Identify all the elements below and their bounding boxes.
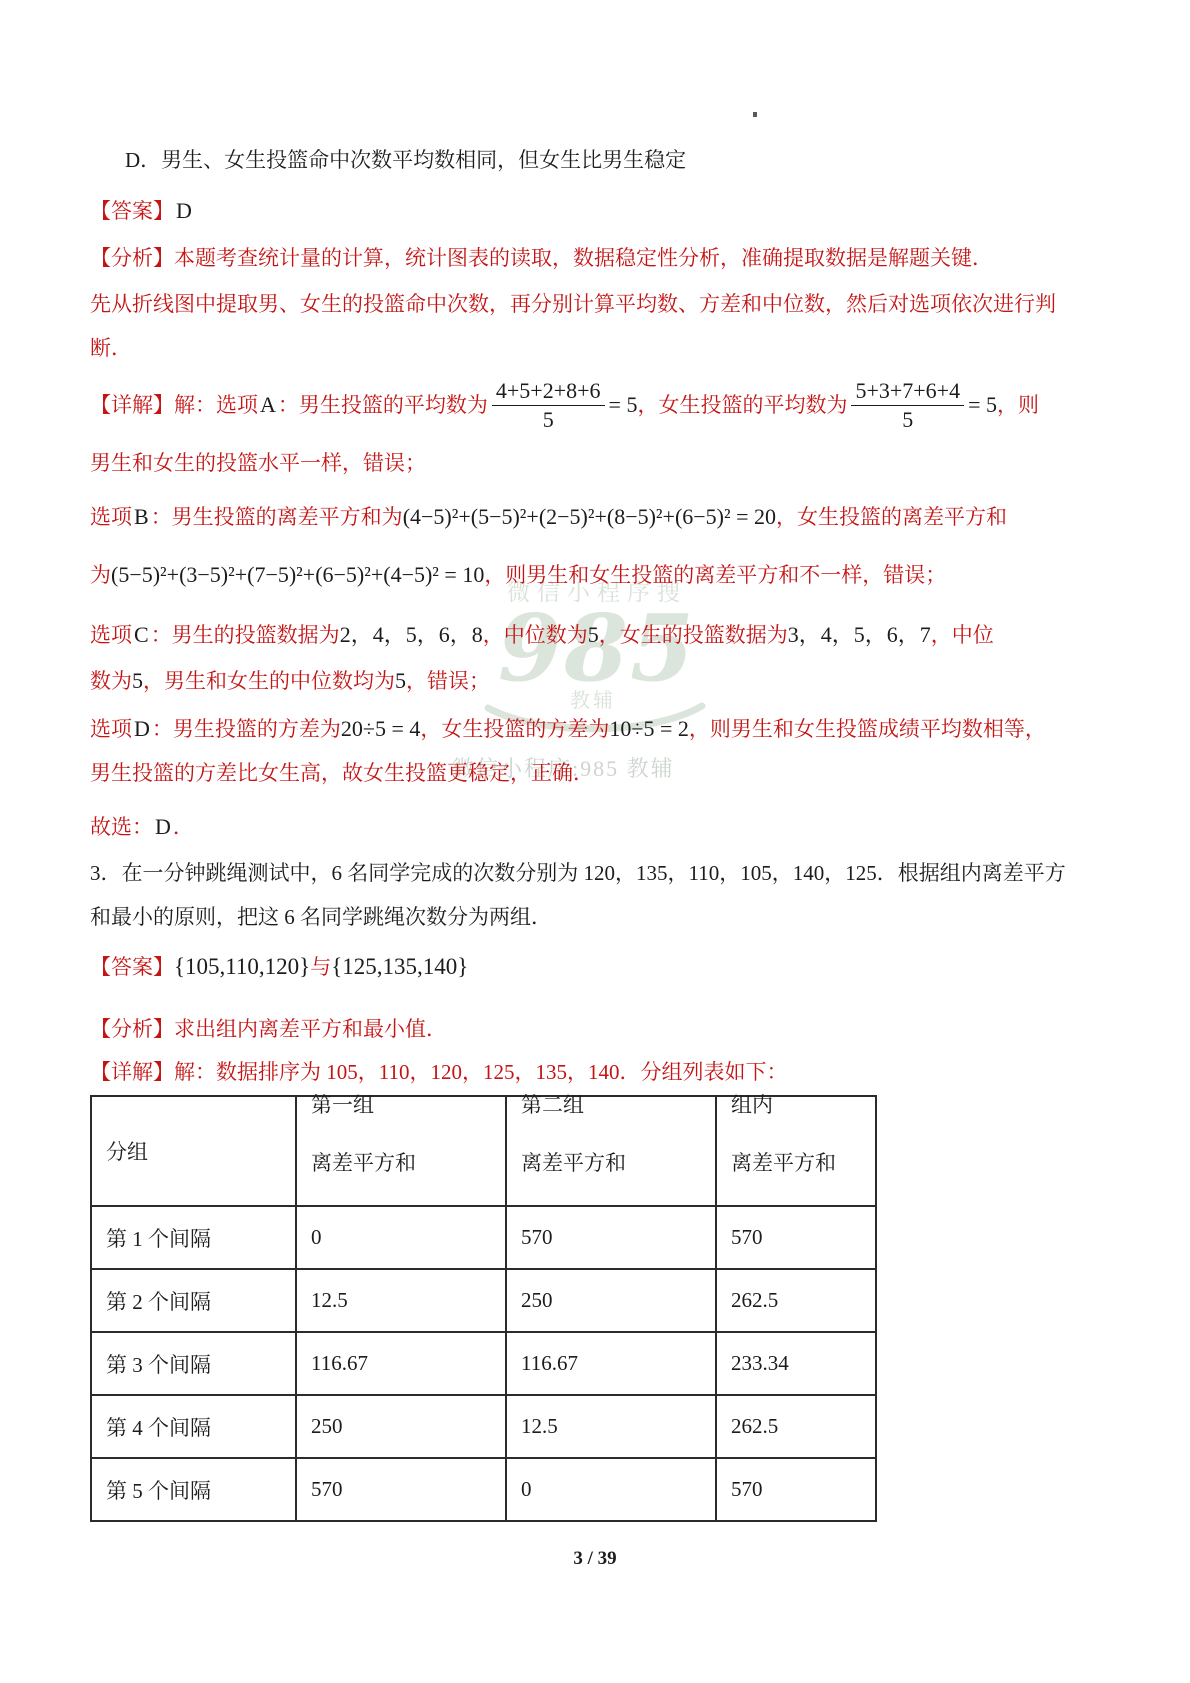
q2-answer-line: 【答案】D — [90, 196, 194, 226]
option-a-letter: A — [258, 390, 278, 420]
detail-intro: 解：选项 — [174, 390, 258, 420]
q3-analysis-label: 【分析】 — [90, 1017, 174, 1041]
detail-b3: 为 — [90, 563, 111, 587]
q3-answer-set2: {125,135,140} — [331, 954, 468, 979]
q3-analysis-text: 求出组内离差平方和最小值． — [174, 1017, 447, 1041]
row-total: 570 — [716, 1458, 876, 1521]
row-total: 233.34 — [716, 1332, 876, 1395]
document-page: 微信小程序搜 985 教辅 微信小程序:985 教辅 D．男生、女生投篮命中次数… — [0, 0, 1190, 1683]
q3-detail-text: 解：数据排序为 105，110，120，125，135，140．分组列表如下： — [174, 1060, 787, 1084]
common-median: 5 — [395, 668, 406, 693]
q3-detail-label: 【详解】 — [90, 1060, 174, 1084]
opt-c-prefix: 选项 — [90, 623, 132, 647]
q3-detail-line: 【详解】解：数据排序为 105，110，120，125，135，140．分组列表… — [90, 1057, 787, 1087]
fraction-numerator: 5+3+7+6+4 — [851, 378, 964, 406]
q2-detail-line-d1: 选项D：男生投篮的方差为20÷5 = 4，女生投篮的方差为10÷5 = 2，则男… — [90, 714, 1046, 744]
fraction-boys-mean: 4+5+2+8+65 — [492, 378, 605, 433]
conclusion-value: D — [153, 814, 173, 839]
q3-stem-line2: 和最小的原则，把这 6 名同学跳绳次数分为两组． — [90, 902, 552, 932]
boys-median: 5 — [588, 622, 599, 647]
scan-speck — [753, 112, 757, 117]
header-group2-title: 第二组 — [521, 1093, 715, 1117]
header-total-subtitle: 离差平方和 — [731, 1151, 875, 1175]
table-row: 第 4 个间隔 250 12.5 262.5 — [91, 1395, 876, 1458]
fraction-girls-mean: 5+3+7+6+45 — [851, 378, 964, 433]
q2-detail-line-a: 【详解】解：选项A：男生投篮的平均数为 4+5+2+8+65 = 5，女生投篮的… — [90, 372, 1039, 438]
row-total: 262.5 — [716, 1269, 876, 1332]
q2-detail-line-c2: 数为5，男生和女生的中位数均为5，错误； — [90, 666, 490, 696]
fraction-denominator: 5 — [902, 406, 913, 433]
grouping-table: 分组 第一组 离差平方和 第二组 离差平方和 组内 离差平方和 第 1 个间隔 … — [90, 1095, 877, 1522]
conclusion-label: 故选： — [90, 815, 153, 839]
formula-boys-ss: (4−5)²+(5−5)²+(2−5)²+(8−5)²+(6−5)² = 20 — [403, 504, 776, 529]
girls-variance-formula: 10÷5 = 2 — [609, 716, 688, 741]
girls-median: 5 — [132, 668, 143, 693]
q2-detail-line-c1: 选项C：男生的投篮数据为2，4，5，6，8，中位数为5，女生的投篮数据为3，4，… — [90, 620, 994, 650]
q3-answer-set1: {105,110,120} — [174, 954, 310, 979]
boys-data-list: 2，4，5，6，8 — [340, 622, 483, 647]
row-label: 第 3 个间隔 — [91, 1332, 296, 1395]
row-g1: 116.67 — [296, 1332, 506, 1395]
row-g2: 0 — [506, 1458, 716, 1521]
header-group2-ss: 第二组 离差平方和 — [506, 1096, 716, 1206]
analysis-text1: 本题考查统计量的计算，统计图表的读取，数据稳定性分析，准确提取数据是解题关键． — [174, 246, 993, 270]
q3-stem-line1: 3．在一分钟跳绳测试中，6 名同学完成的次数分别为 120，135，110，10… — [90, 858, 1066, 888]
detail-c1: ：男生的投篮数据为 — [151, 623, 340, 647]
header-group: 分组 — [91, 1096, 296, 1206]
analysis-label: 【分析】 — [90, 246, 174, 270]
girls-data-list: 3，4，5，6，7 — [788, 622, 931, 647]
detail-b4: ，则男生和女生投篮的离差平方和不一样，错误； — [484, 563, 946, 587]
header-group2-subtitle: 离差平方和 — [521, 1151, 715, 1175]
q2-detail-line-b1: 选项B：男生投篮的离差平方和为(4−5)²+(5−5)²+(2−5)²+(8−5… — [90, 502, 1007, 532]
q2-analysis-line3: 断． — [90, 333, 132, 363]
row-label: 第 2 个间隔 — [91, 1269, 296, 1332]
table-row: 第 1 个间隔 0 570 570 — [91, 1206, 876, 1269]
q3-answer-label: 【答案】 — [90, 955, 174, 979]
opt-d-prefix: 选项 — [90, 717, 132, 741]
formula-girls-ss: (5−5)²+(3−5)²+(7−5)²+(6−5)²+(4−5)² = 10 — [111, 562, 484, 587]
row-g2: 250 — [506, 1269, 716, 1332]
frac2-equals: = 5 — [968, 390, 997, 420]
header-total-ss: 组内 离差平方和 — [716, 1096, 876, 1206]
option-d-letter: D — [132, 716, 152, 741]
frac1-equals: = 5 — [609, 390, 638, 420]
detail-c6: ，男生和女生的中位数均为 — [143, 669, 395, 693]
option-c-letter: C — [132, 622, 151, 647]
page-number: 3 / 39 — [0, 1548, 1190, 1570]
row-total: 262.5 — [716, 1395, 876, 1458]
detail-c4: ，中位 — [931, 623, 994, 647]
q3-analysis-line: 【分析】求出组内离差平方和最小值． — [90, 1014, 447, 1044]
detail-label: 【详解】 — [90, 390, 174, 420]
header-group1-subtitle: 离差平方和 — [311, 1151, 505, 1175]
row-g1: 570 — [296, 1458, 506, 1521]
q3-answer-conj: 与 — [310, 955, 331, 979]
q2-analysis-line1: 【分析】本题考查统计量的计算，统计图表的读取，数据稳定性分析，准确提取数据是解题… — [90, 243, 993, 273]
detail-c5: 数为 — [90, 669, 132, 693]
header-group1-ss: 第一组 离差平方和 — [296, 1096, 506, 1206]
row-label: 第 4 个间隔 — [91, 1395, 296, 1458]
row-g1: 250 — [296, 1395, 506, 1458]
answer-value: D — [174, 198, 194, 223]
header-total-title: 组内 — [731, 1093, 875, 1117]
row-g2: 12.5 — [506, 1395, 716, 1458]
option-d-text: D．男生、女生投篮命中次数平均数相同，但女生比男生稳定 — [125, 145, 686, 175]
row-g2: 116.67 — [506, 1332, 716, 1395]
q2-detail-line-d2: 男生投篮的方差比女生高，故女生投篮更稳定，正确． — [90, 758, 594, 788]
detail-a1: ：男生投篮的平均数为 — [278, 390, 488, 420]
row-g1: 0 — [296, 1206, 506, 1269]
answer-label: 【答案】 — [90, 199, 174, 223]
detail-d1: ：男生投篮的方差为 — [152, 717, 341, 741]
table-row: 第 5 个间隔 570 0 570 — [91, 1458, 876, 1521]
detail-b2: ，女生投篮的离差平方和 — [776, 505, 1007, 529]
detail-d3: ，则男生和女生投篮成绩平均数相等， — [689, 717, 1046, 741]
option-b-letter: B — [132, 504, 151, 529]
detail-a3: ，则 — [997, 390, 1039, 420]
q2-detail-line-a2: 男生和女生的投篮水平一样，错误； — [90, 448, 426, 478]
conclusion-period: ． — [173, 815, 194, 839]
row-total: 570 — [716, 1206, 876, 1269]
fraction-numerator: 4+5+2+8+6 — [492, 378, 605, 406]
q3-answer-line: 【答案】{105,110,120}与{125,135,140} — [90, 952, 468, 982]
detail-c3: ，女生的投篮数据为 — [599, 623, 788, 647]
detail-c2: ，中位数为 — [483, 623, 588, 647]
row-label: 第 5 个间隔 — [91, 1458, 296, 1521]
q2-analysis-line2: 先从折线图中提取男、女生的投篮命中次数，再分别计算平均数、方差和中位数，然后对选… — [90, 289, 1056, 319]
table-row: 第 2 个间隔 12.5 250 262.5 — [91, 1269, 876, 1332]
row-g2: 570 — [506, 1206, 716, 1269]
detail-d2: ，女生投篮的方差为 — [420, 717, 609, 741]
boys-variance-formula: 20÷5 = 4 — [341, 716, 420, 741]
detail-b1: ：男生投篮的离差平方和为 — [151, 505, 403, 529]
table-header-row: 分组 第一组 离差平方和 第二组 离差平方和 组内 离差平方和 — [91, 1096, 876, 1206]
detail-c7: ，错误； — [406, 669, 490, 693]
q2-conclusion-line: 故选：D． — [90, 812, 194, 842]
opt-b-prefix: 选项 — [90, 505, 132, 529]
table-row: 第 3 个间隔 116.67 116.67 233.34 — [91, 1332, 876, 1395]
q2-detail-line-b2: 为(5−5)²+(3−5)²+(7−5)²+(6−5)²+(4−5)² = 10… — [90, 560, 946, 590]
row-g1: 12.5 — [296, 1269, 506, 1332]
detail-a2: 女生投篮的平均数为 — [658, 390, 847, 420]
fraction-denominator: 5 — [543, 406, 554, 433]
row-label: 第 1 个间隔 — [91, 1206, 296, 1269]
comma-1: ， — [637, 390, 658, 420]
header-group1-title: 第一组 — [311, 1093, 505, 1117]
